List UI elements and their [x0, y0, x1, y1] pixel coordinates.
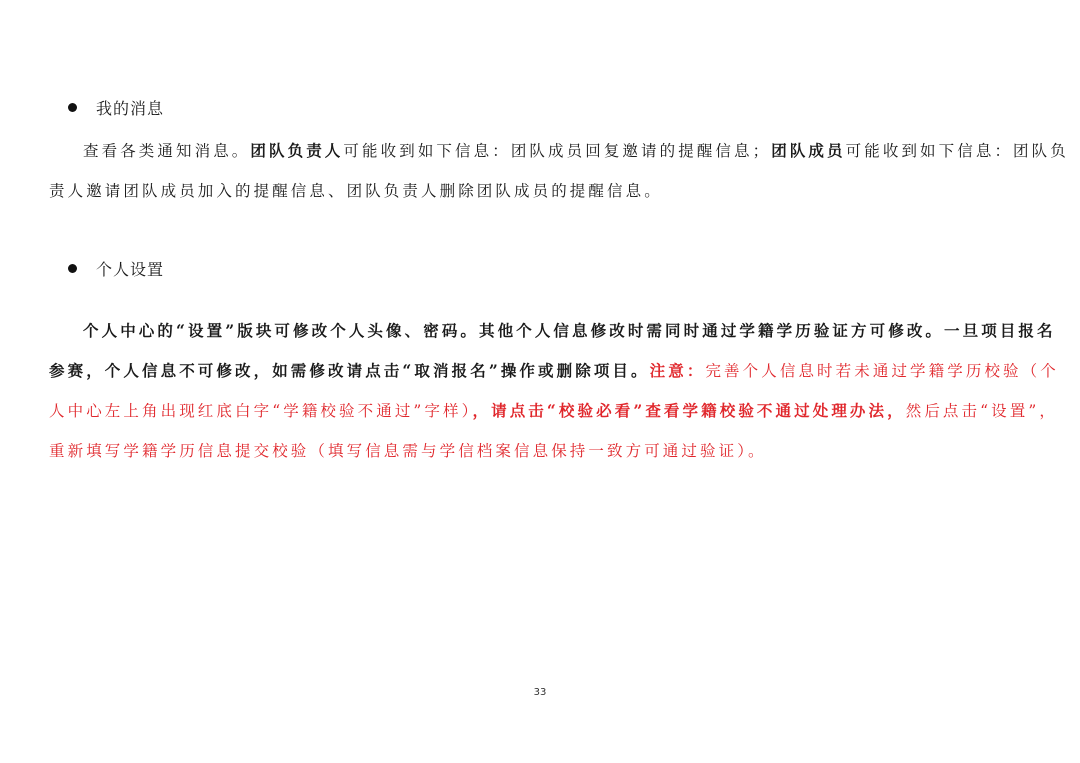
notice-text: 人中心左上角出现红底白字“学籍校验不通过”字样）	[49, 402, 473, 420]
notice-emphasis: ，请点击“校验必看”查看学籍校验不通过处理办法，	[473, 401, 906, 420]
text-span: 参赛，个人信息不可修改，如需修改请点击“取消报名”操作或删除项目。	[49, 361, 650, 380]
text-span: 可能收到如下信息：团队成员回复邀请的提醒信息；	[343, 142, 771, 160]
paragraph-personal-settings: 个人中心的“设置”版块可修改个人头像、密码。其他个人信息修改时需同时通过学籍学历…	[49, 311, 1035, 471]
bullet-icon	[68, 264, 77, 273]
notice-text: 重新填写学籍学历信息提交校验（填写信息需与学信档案信息保持一致方可通过验证）。	[49, 442, 767, 460]
heading-text: 我的消息	[96, 96, 164, 119]
text-span: 查看各类通知消息。	[83, 142, 250, 160]
text-span: 可能收到如下信息：团队负	[846, 142, 1069, 160]
paragraph-line: 参赛，个人信息不可修改，如需修改请点击“取消报名”操作或删除项目。注意：完善个人…	[49, 351, 1035, 391]
notice-text: 完善个人信息时若未通过学籍学历校验（个	[705, 362, 1058, 380]
document-page: 我的消息 查看各类通知消息。团队负责人可能收到如下信息：团队成员回复邀请的提醒信…	[0, 0, 1080, 763]
paragraph-line: 重新填写学籍学历信息提交校验（填写信息需与学信档案信息保持一致方可通过验证）。	[49, 431, 1035, 471]
notice-text: 然后点击“设置”，	[906, 402, 1058, 420]
section-heading-personal-settings: 个人设置	[68, 257, 164, 280]
page-number: 33	[0, 687, 1080, 698]
paragraph-line: 责人邀请团队成员加入的提醒信息、团队负责人删除团队成员的提醒信息。	[49, 171, 1035, 211]
notice-label: 注意：	[650, 361, 706, 380]
bold-term-team-member: 团队成员	[771, 141, 845, 160]
text-span: 个人中心的“设置”版块可修改个人头像、密码。其他个人信息修改时需同时通过学籍学历…	[83, 321, 1056, 340]
section-heading-my-messages: 我的消息	[68, 96, 164, 119]
bold-term-team-leader: 团队负责人	[250, 141, 343, 160]
heading-text: 个人设置	[96, 257, 164, 280]
paragraph-line: 人中心左上角出现红底白字“学籍校验不通过”字样），请点击“校验必看”查看学籍校验…	[49, 391, 1035, 431]
text-span: 责人邀请团队成员加入的提醒信息、团队负责人删除团队成员的提醒信息。	[49, 182, 663, 200]
paragraph-line: 个人中心的“设置”版块可修改个人头像、密码。其他个人信息修改时需同时通过学籍学历…	[49, 311, 1035, 351]
bullet-icon	[68, 103, 77, 112]
paragraph-my-messages: 查看各类通知消息。团队负责人可能收到如下信息：团队成员回复邀请的提醒信息；团队成…	[49, 131, 1035, 211]
paragraph-line: 查看各类通知消息。团队负责人可能收到如下信息：团队成员回复邀请的提醒信息；团队成…	[49, 131, 1035, 171]
